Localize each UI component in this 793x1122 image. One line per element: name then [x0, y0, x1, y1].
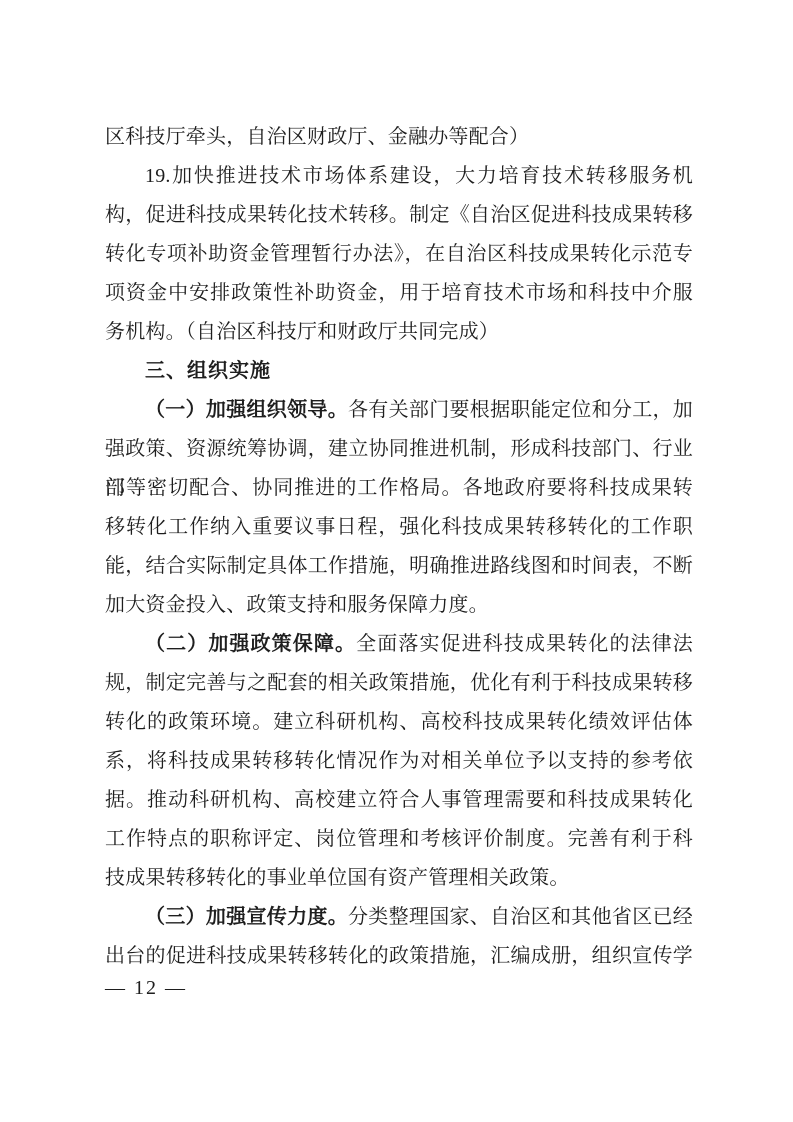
- text-line: 转化专项补助资金管理暂行办法》，在自治区科技成果转化示范专: [105, 235, 693, 274]
- text-line: 门等密切配合、协同推进的工作格局。各地政府要将科技成果转: [105, 469, 693, 508]
- section-heading: 三、组织实施: [105, 352, 693, 391]
- text-line: 区科技厅牵头，自治区财政厅、金融办等配合）: [105, 118, 693, 157]
- paragraph-line: （三）加强宣传力度。分类整理国家、自治区和其他省区已经: [105, 898, 693, 937]
- paragraph-lead: （二）加强政策保障。: [145, 633, 356, 655]
- paragraph-lead: （三）加强宣传力度。: [145, 906, 348, 928]
- text-line: 构，促进科技成果转化技术转移。制定《自治区促进科技成果转移: [105, 196, 693, 235]
- page-number: — 12 —: [105, 969, 187, 1008]
- paragraph-line: （一）加强组织领导。各有关部门要根据职能定位和分工，加: [105, 391, 693, 430]
- text-line: 工作特点的职称评定、岗位管理和考核评价制度。完善有利于科: [105, 820, 693, 859]
- text-line: 能，结合实际制定具体工作措施，明确推进路线图和时间表，不断: [105, 547, 693, 586]
- text-line: 加大资金投入、政策支持和服务保障力度。: [105, 586, 693, 625]
- text-line: 据。推动科研机构、高校建立符合人事管理需要和科技成果转化: [105, 781, 693, 820]
- document-body: 区科技厅牵头，自治区财政厅、金融办等配合） 19.加快推进技术市场体系建设，大力…: [105, 118, 693, 976]
- text-line: 系，将科技成果转移转化情况作为对相关单位予以支持的参考依: [105, 742, 693, 781]
- text-line: 出台的促进科技成果转移转化的政策措施，汇编成册，组织宣传学: [105, 937, 693, 976]
- text-line: 项资金中安排政策性补助资金，用于培育技术市场和科技中介服: [105, 274, 693, 313]
- text-line: 规，制定完善与之配套的相关政策措施，优化有利于科技成果转移: [105, 664, 693, 703]
- paragraph-lead: （一）加强组织领导。: [145, 399, 348, 421]
- paragraph-line: （二）加强政策保障。全面落实促进科技成果转化的法律法: [105, 625, 693, 664]
- text-line: 技成果转移转化的事业单位国有资产管理相关政策。: [105, 859, 693, 898]
- document-page: 区科技厅牵头，自治区财政厅、金融办等配合） 19.加快推进技术市场体系建设，大力…: [0, 0, 793, 1122]
- text-line: 强政策、资源统筹协调，建立协同推进机制，形成科技部门、行业部: [105, 430, 693, 469]
- line-text: 分类整理国家、自治区和其他省区已经: [348, 906, 693, 928]
- text-line: 移转化工作纳入重要议事日程，强化科技成果转移转化的工作职: [105, 508, 693, 547]
- text-line: 务机构。（自治区科技厅和财政厅共同完成）: [105, 313, 693, 352]
- line-text: 各有关部门要根据职能定位和分工，加: [348, 399, 693, 421]
- line-text: 全面落实促进科技成果转化的法律法: [356, 633, 693, 655]
- text-line: 19.加快推进技术市场体系建设，大力培育技术转移服务机: [105, 157, 693, 196]
- text-line: 转化的政策环境。建立科研机构、高校科技成果转化绩效评估体: [105, 703, 693, 742]
